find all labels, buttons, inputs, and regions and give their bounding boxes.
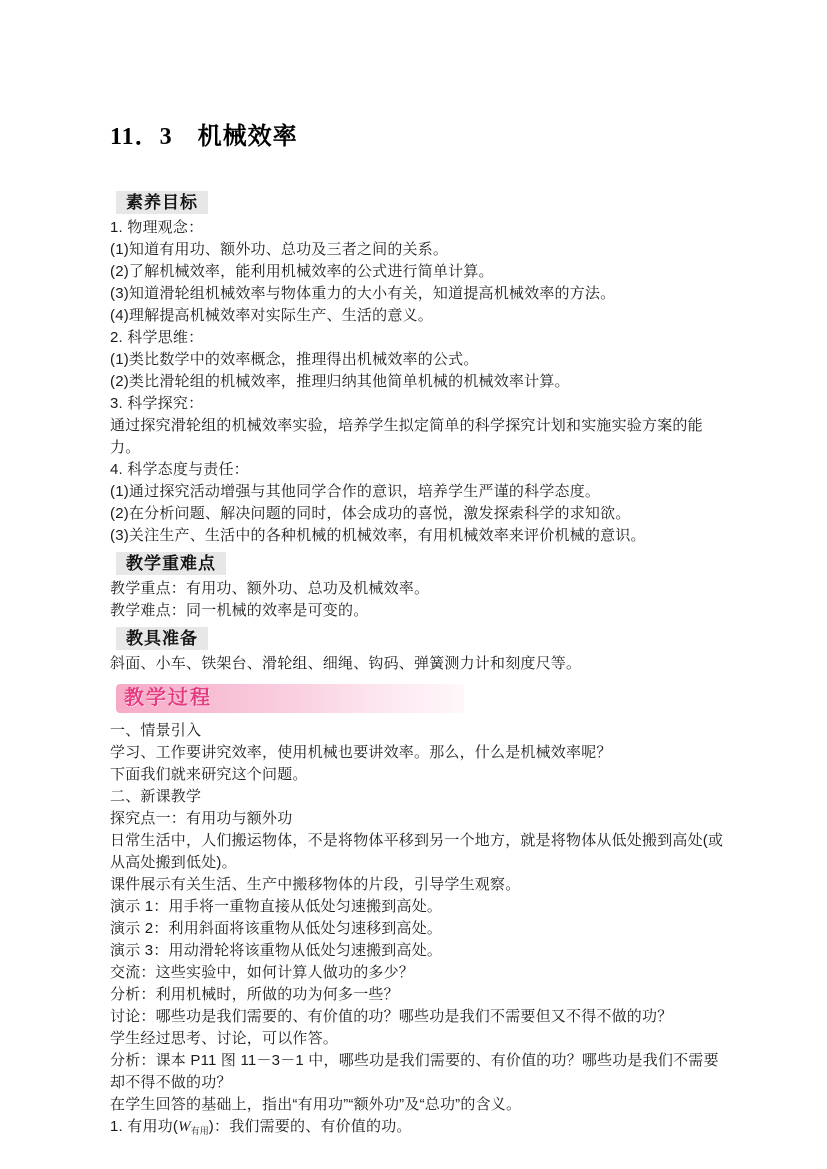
text-run: 1. 有用功( — [110, 1118, 178, 1135]
paragraph-line: 斜面、小车、铁架台、滑轮组、细绳、钩码、弹簧测力计和刻度尺等。 — [110, 653, 730, 675]
paragraph-line: 一、情景引入 — [110, 720, 730, 742]
paragraph-line: 二、新课教学 — [110, 786, 730, 808]
paragraph-line: 讨论：哪些功是我们需要的、有价值的功？哪些功是我们不需要但又不得不做的功？ — [110, 1006, 730, 1028]
paragraph-line: (1)通过探究活动增强与其他同学合作的意识，培养学生严谨的科学态度。 — [110, 481, 730, 503]
section-badge-label: 教学重难点 — [116, 552, 226, 575]
paragraph-line: 2. 科学思维： — [110, 327, 730, 349]
paragraph-line: 交流：这些实验中，如何计算人做功的多少？ — [110, 962, 730, 984]
paragraph-line: 演示 3：用动滑轮将该重物从低处匀速搬到高处。 — [110, 940, 730, 962]
paragraph-line: 教学难点：同一机械的效率是可变的。 — [110, 600, 730, 622]
paragraph-line: (1)类比数学中的效率概念，推理得出机械效率的公式。 — [110, 349, 730, 371]
page-title: 11．3 机械效率 — [110, 116, 730, 151]
paragraph-line: 教学重点：有用功、额外功、总功及机械效率。 — [110, 578, 730, 600]
section-badge: 教学过程 — [116, 684, 730, 713]
section-badge: 教具准备 — [116, 627, 730, 650]
paragraph-line: 演示 2：利用斜面将该重物从低处匀速移到高处。 — [110, 918, 730, 940]
paragraph-line: 在学生回答的基础上，指出“有用功”“额外功”及“总功”的含义。 — [110, 1094, 730, 1116]
section-badge: 素养目标 — [116, 191, 730, 214]
paragraph-line: 演示 1：用手将一重物直接从低处匀速搬到高处。 — [110, 896, 730, 918]
text-run: )：我们需要的、有价值的功。 — [209, 1118, 412, 1135]
paragraph-line: 学生经过思考、讨论，可以作答。 — [110, 1028, 730, 1050]
paragraph-line: 1. 有用功(W有用)：我们需要的、有价值的功。 — [110, 1116, 730, 1142]
section-badge: 教学重难点 — [116, 552, 730, 575]
document-page: 11．3 机械效率 素养目标1. 物理观念：(1)知道有用功、额外功、总功及三者… — [0, 0, 827, 1169]
paragraph-line: (3)知道滑轮组机械效率与物体重力的大小有关，知道提高机械效率的方法。 — [110, 283, 730, 305]
paragraph-line: 3. 科学探究： — [110, 393, 730, 415]
paragraph-line: 4. 科学态度与责任： — [110, 459, 730, 481]
paragraph-line: 下面我们就来研究这个问题。 — [110, 764, 730, 786]
paragraph-line: 日常生活中，人们搬运物体，不是将物体平移到另一个地方，就是将物体从低处搬到高处(… — [110, 830, 730, 874]
formula-var: W — [178, 1119, 191, 1135]
paragraph-line: 分析：利用机械时，所做的功为何多一些？ — [110, 984, 730, 1006]
section-badge-label: 教学过程 — [116, 684, 464, 713]
document-body: 素养目标1. 物理观念：(1)知道有用功、额外功、总功及三者之间的关系。(2)了… — [110, 191, 730, 1142]
paragraph-line: 1. 物理观念： — [110, 217, 730, 239]
formula-sub: 有用 — [191, 1126, 209, 1136]
paragraph-line: (2)在分析问题、解决问题的同时，体会成功的喜悦，激发探索科学的求知欲。 — [110, 503, 730, 525]
paragraph-line: 探究点一：有用功与额外功 — [110, 808, 730, 830]
paragraph-line: (4)理解提高机械效率对实际生产、生活的意义。 — [110, 305, 730, 327]
paragraph-line: (2)了解机械效率，能利用机械效率的公式进行简单计算。 — [110, 261, 730, 283]
section-badge-label: 教具准备 — [116, 627, 208, 650]
paragraph-line: 学习、工作要讲究效率，使用机械也要讲效率。那么，什么是机械效率呢？ — [110, 742, 730, 764]
paragraph-line: 分析：课本 P11 图 11－3－1 中，哪些功是我们需要的、有价值的功？哪些功… — [110, 1050, 730, 1094]
paragraph-line: (2)类比滑轮组的机械效率，推理归纳其他简单机械的机械效率计算。 — [110, 371, 730, 393]
paragraph-line: (3)关注生产、生活中的各种机械的机械效率，有用机械效率来评价机械的意识。 — [110, 525, 730, 547]
paragraph-line: 课件展示有关生活、生产中搬移物体的片段，引导学生观察。 — [110, 874, 730, 896]
paragraph-line: (1)知道有用功、额外功、总功及三者之间的关系。 — [110, 239, 730, 261]
section-badge-label: 素养目标 — [116, 191, 208, 214]
paragraph-line: 通过探究滑轮组的机械效率实验，培养学生拟定简单的科学探究计划和实施实验方案的能力… — [110, 415, 730, 459]
